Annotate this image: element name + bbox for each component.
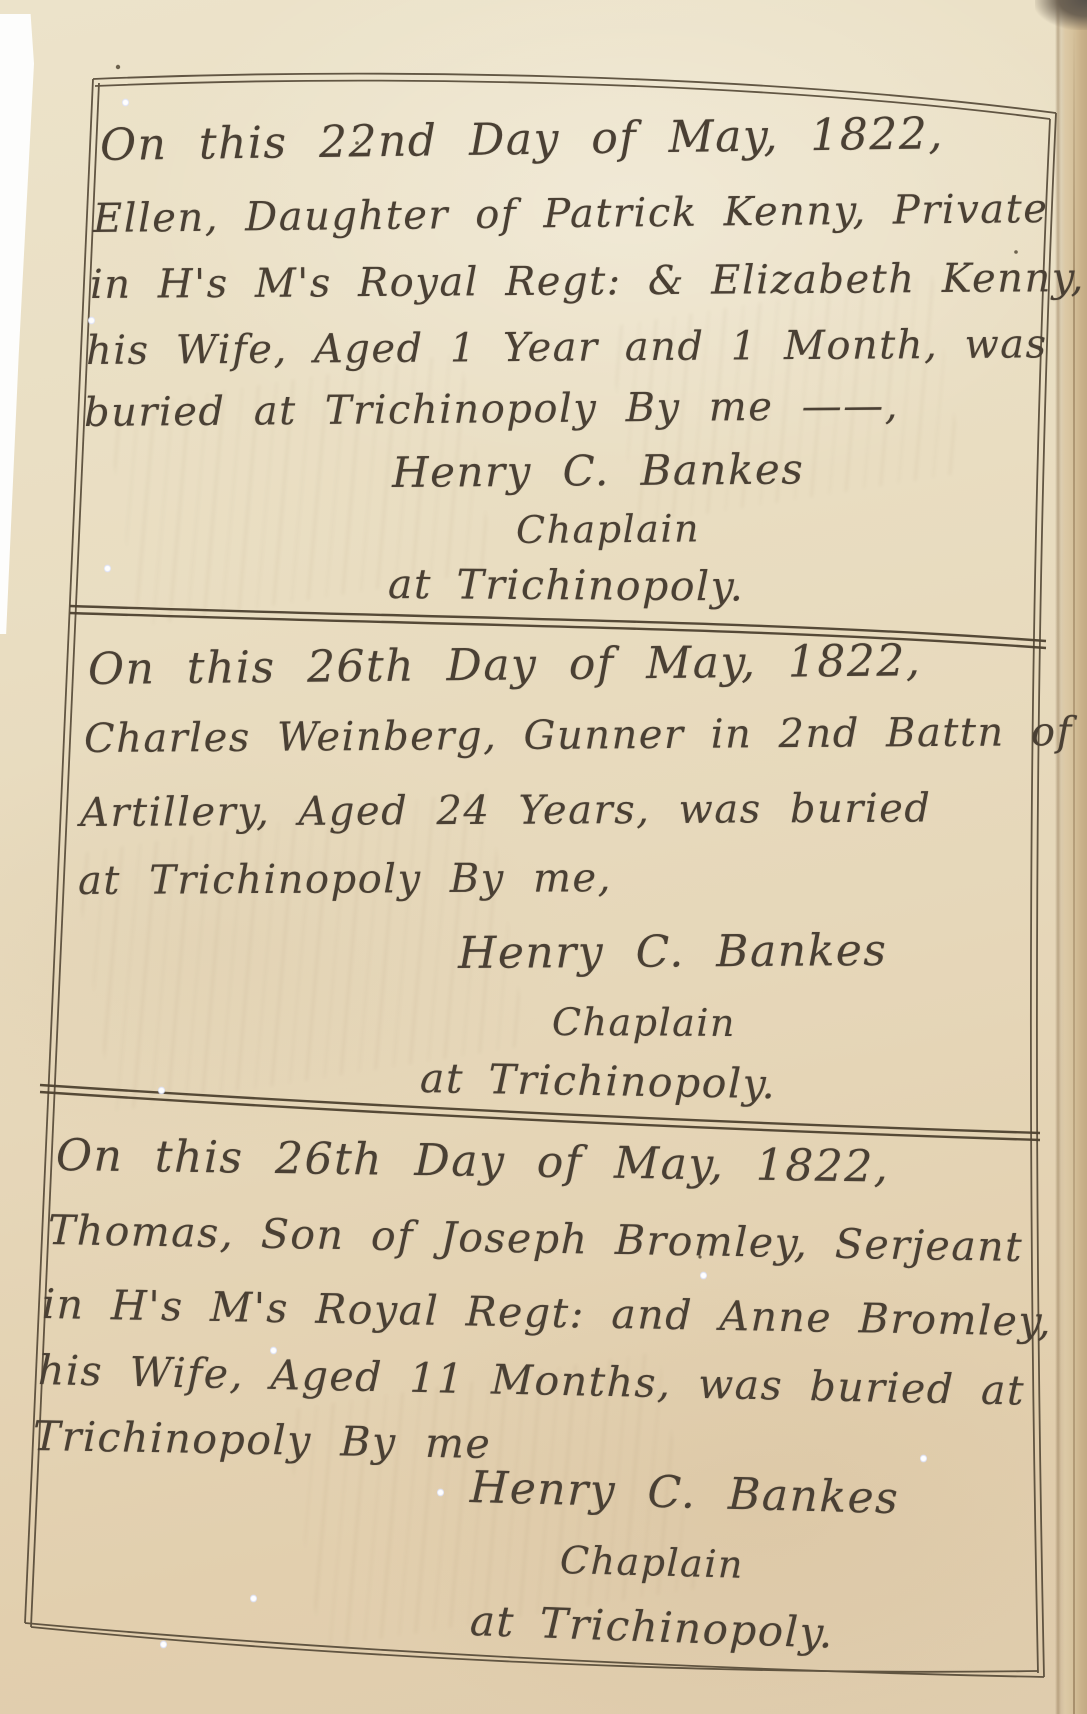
scan-shadow xyxy=(1035,0,1087,30)
glare-speck xyxy=(250,1594,257,1603)
officiant-name-line: Henry C. Bankes xyxy=(458,925,888,979)
entry-text-line: his Wife, Aged 1 Year and 1 Month, was xyxy=(86,321,1048,374)
officiant-place-line: at Trichinopoly. xyxy=(420,1054,777,1108)
glare-speck xyxy=(270,1346,277,1355)
entry-date-line: On this 26th Day of May, 1822, xyxy=(88,635,922,695)
glare-speck xyxy=(88,316,95,325)
entry-text-line: at Trichinopoly By me, xyxy=(78,855,612,904)
glare-speck xyxy=(700,1271,707,1280)
glare-speck xyxy=(437,1488,444,1497)
entry-text-line: buried at Trichinopoly By me ——, xyxy=(84,383,899,436)
entry-text-line: Trichinopoly By me xyxy=(33,1412,492,1468)
officiant-place-line: at Trichinopoly. xyxy=(388,560,745,610)
glare-speck xyxy=(920,1454,927,1463)
officiant-title-line: Chaplain xyxy=(559,1538,744,1587)
glare-speck xyxy=(104,564,111,573)
entry-text-line: in H's M's Royal Regt: & Elizabeth Kenny… xyxy=(90,255,1085,308)
glare-speck xyxy=(158,1086,165,1095)
officiant-name-line: Henry C. Bankes xyxy=(392,444,805,497)
officiant-title-line: Chaplain xyxy=(552,1000,736,1045)
entry-text-line: Charles Weinberg, Gunner in 2nd Battn of xyxy=(84,709,1073,762)
glare-speck xyxy=(122,98,129,107)
register-page: On this 22nd Day of May, 1822, Ellen, Da… xyxy=(0,0,1087,1714)
entry-text-line: Artillery, Aged 24 Years, was buried xyxy=(80,786,932,836)
officiant-title-line: Chaplain xyxy=(516,506,700,552)
glare-speck xyxy=(160,1640,167,1649)
